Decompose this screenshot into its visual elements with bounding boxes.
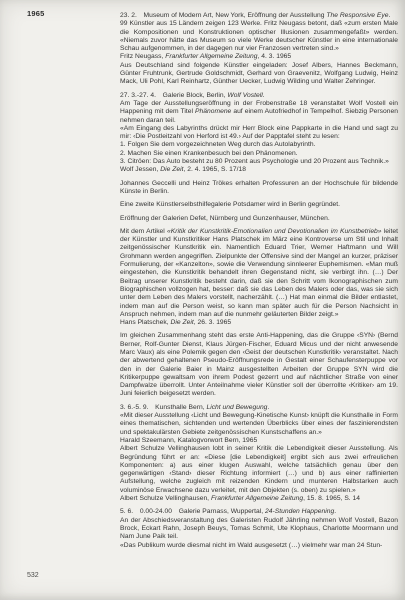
entry-paragraph: Mit dem Artikel «Kritik der Kunstkritik-… [120,228,398,319]
entry-paragraph: 2. Machen Sie einen Krankenbesuch bei de… [120,150,398,158]
entry-paragraph: 99 Künstler aus 15 Ländern zeigen 123 We… [120,20,398,53]
text-segment: 1. Folgen Sie dem vorgezeichneten Weg du… [120,141,316,148]
italic-title: Wolf Vostell [227,92,262,99]
text-segment: , 15. 8. 1965, S. 14 [303,495,360,502]
entry-paragraph: Am Tage der Ausstellungseröffnung in der… [120,100,398,125]
text-segment: Wolf Jessen, [120,166,160,173]
text-segment: «Am Eingang des Labyrinths drückt mir He… [120,125,398,140]
entry-paragraph: Harald Szeemann, Katalogvorwort Bern, 19… [120,437,398,445]
entry-paragraph: «Am Eingang des Labyrinths drückt mir He… [120,125,398,142]
entry-paragraph: Aus Deutschland sind folgende Künstler e… [120,62,398,87]
text-segment: . [388,12,390,19]
italic-title: Licht und Bewegung [206,404,267,411]
chronicle-entry: 5. 6. 0.00-24.00 Galerie Parnass, Wupper… [120,508,398,549]
chronicle-entry: Eine zweite Künstlerselbsthilfegalerie P… [120,201,398,209]
text-segment: 99 Künstler aus 15 Ländern zeigen 123 We… [120,20,398,52]
text-segment: «Mit dieser Ausstellung ‹Licht und Beweg… [120,412,398,436]
entry-paragraph: 27. 3.-27. 4. Galerie Block, Berlin, Wol… [120,92,398,100]
entry-paragraph: Eröffnung der Galerien Defet, Nürnberg u… [120,215,398,223]
entry-paragraph: 3. Citröen: Das Auto besteht zu 80 Proze… [120,158,398,166]
text-segment: Albert Schulze Vellinghausen, [120,495,211,502]
chronicle-entry: Im gleichen Zusammenhang steht das erste… [120,332,398,398]
entry-paragraph: 23. 2. Museum of Modern Art, New York, E… [120,12,398,20]
text-segment: Eröffnung der Galerien Defet, Nürnberg u… [120,215,330,222]
chronicle-entry: Mit dem Artikel «Kritik der Kunstkritik-… [120,228,398,328]
entry-paragraph: «Mit dieser Ausstellung ‹Licht und Beweg… [120,412,398,437]
text-segment: Mit dem Artikel [120,228,167,235]
entry-paragraph: Fritz Neugass, Frankfurter Allgemeine Ze… [120,53,398,61]
entry-paragraph: Im gleichen Zusammenhang steht das erste… [120,332,398,398]
text-segment: . [334,508,336,515]
entry-paragraph: 5. 6. 0.00-24.00 Galerie Parnass, Wupper… [120,508,398,516]
chronicle-entry: 23. 2. Museum of Modern Art, New York, E… [120,12,398,87]
text-segment: Hans Platschek, [120,319,171,326]
text-segment: Im gleichen Zusammenhang steht das erste… [120,332,398,397]
text-segment: 27. 3.-27. 4. Galerie Block, Berlin, [120,92,227,99]
entry-paragraph: «Das Publikum wurde diesmal nicht im Wal… [120,542,398,550]
text-segment: Albert Schulze Vellinghausen lobt in sei… [120,445,398,493]
text-segment: 23. 2. Museum of Modern Art, New York, E… [120,12,326,19]
text-segment: 2. Machen Sie einen Krankenbesuch bei de… [120,150,298,157]
text-segment: . [267,404,269,411]
italic-title: Die Zeit [160,166,183,173]
entry-paragraph: Johannes Geccelli und Heinz Trökes erhal… [120,180,398,197]
text-segment: . [263,92,265,99]
italic-title: The Responsive Eye [326,12,388,19]
italic-title: Die Zeit [171,319,194,326]
italic-title: «Kritik der Kunstkritik-Emotionalien und… [167,228,382,235]
text-segment: Aus Deutschland sind folgende Künstler e… [120,62,398,86]
entry-paragraph: Hans Platschek, Die Zeit, 26. 3. 1965 [120,319,398,327]
chronicle-entry: 3. 6.-5. 9. Kunsthalle Bern, Licht und B… [120,404,398,504]
text-segment: Harald Szeemann, Katalogvorwort Bern, 19… [120,437,257,444]
text-segment: , 4. 3. 1965 [257,53,291,60]
text-segment: 5. 6. 0.00-24.00 Galerie Parnass, Wupper… [120,508,265,515]
italic-title: Phänomene [195,108,231,115]
entry-paragraph: 1. Folgen Sie dem vorgezeichneten Weg du… [120,141,398,149]
entry-paragraph: Albert Schulze Vellinghausen, Frankfurte… [120,495,398,503]
entries: 23. 2. Museum of Modern Art, New York, E… [120,12,398,550]
entry-paragraph: Wolf Jessen, Die Zeit, 2. 4. 1965, S. 17… [120,166,398,174]
entry-paragraph: 3. 6.-5. 9. Kunsthalle Bern, Licht und B… [120,404,398,412]
text-segment: 3. Citröen: Das Auto besteht zu 80 Proze… [120,158,389,165]
chronicle-entry: Eröffnung der Galerien Defet, Nürnberg u… [120,215,398,223]
entry-paragraph: An der Abschiedsveranstaltung des Galeri… [120,517,398,542]
italic-title: 24-Stunden Happening [265,508,334,515]
entry-paragraph: Eine zweite Künstlerselbsthilfegalerie P… [120,201,398,209]
chronicle-entry: Johannes Geccelli und Heinz Trökes erhal… [120,180,398,197]
text-segment: Fritz Neugass, [120,53,165,60]
text-segment: 3. 6.-5. 9. Kunsthalle Bern, [120,404,206,411]
text-segment: An der Abschiedsveranstaltung des Galeri… [120,517,398,541]
text-segment: Johannes Geccelli und Heinz Trökes erhal… [120,180,398,195]
entry-paragraph: Albert Schulze Vellinghausen lobt in sei… [120,445,398,495]
page-number: 532 [27,572,39,579]
text-segment: , 2. 4. 1965, S. 17/18 [183,166,246,173]
text-segment: «Das Publikum wurde diesmal nicht im Wal… [120,542,382,549]
text-segment: Eine zweite Künstlerselbsthilfegalerie P… [120,201,340,208]
italic-title: Frankfurter Allgemeine Zeitung [211,495,303,502]
italic-title: Frankfurter Allgemeine Zeitung [165,53,257,60]
chronicle-entry: 27. 3.-27. 4. Galerie Block, Berlin, Wol… [120,92,398,175]
text-segment: leitet der Künstler und Kunstkritiker Ha… [120,228,398,318]
text-column: 23. 2. Museum of Modern Art, New York, E… [120,12,398,555]
margin-year-label: 1965 [27,9,45,18]
text-segment: , 26. 3. 1965 [194,319,231,326]
